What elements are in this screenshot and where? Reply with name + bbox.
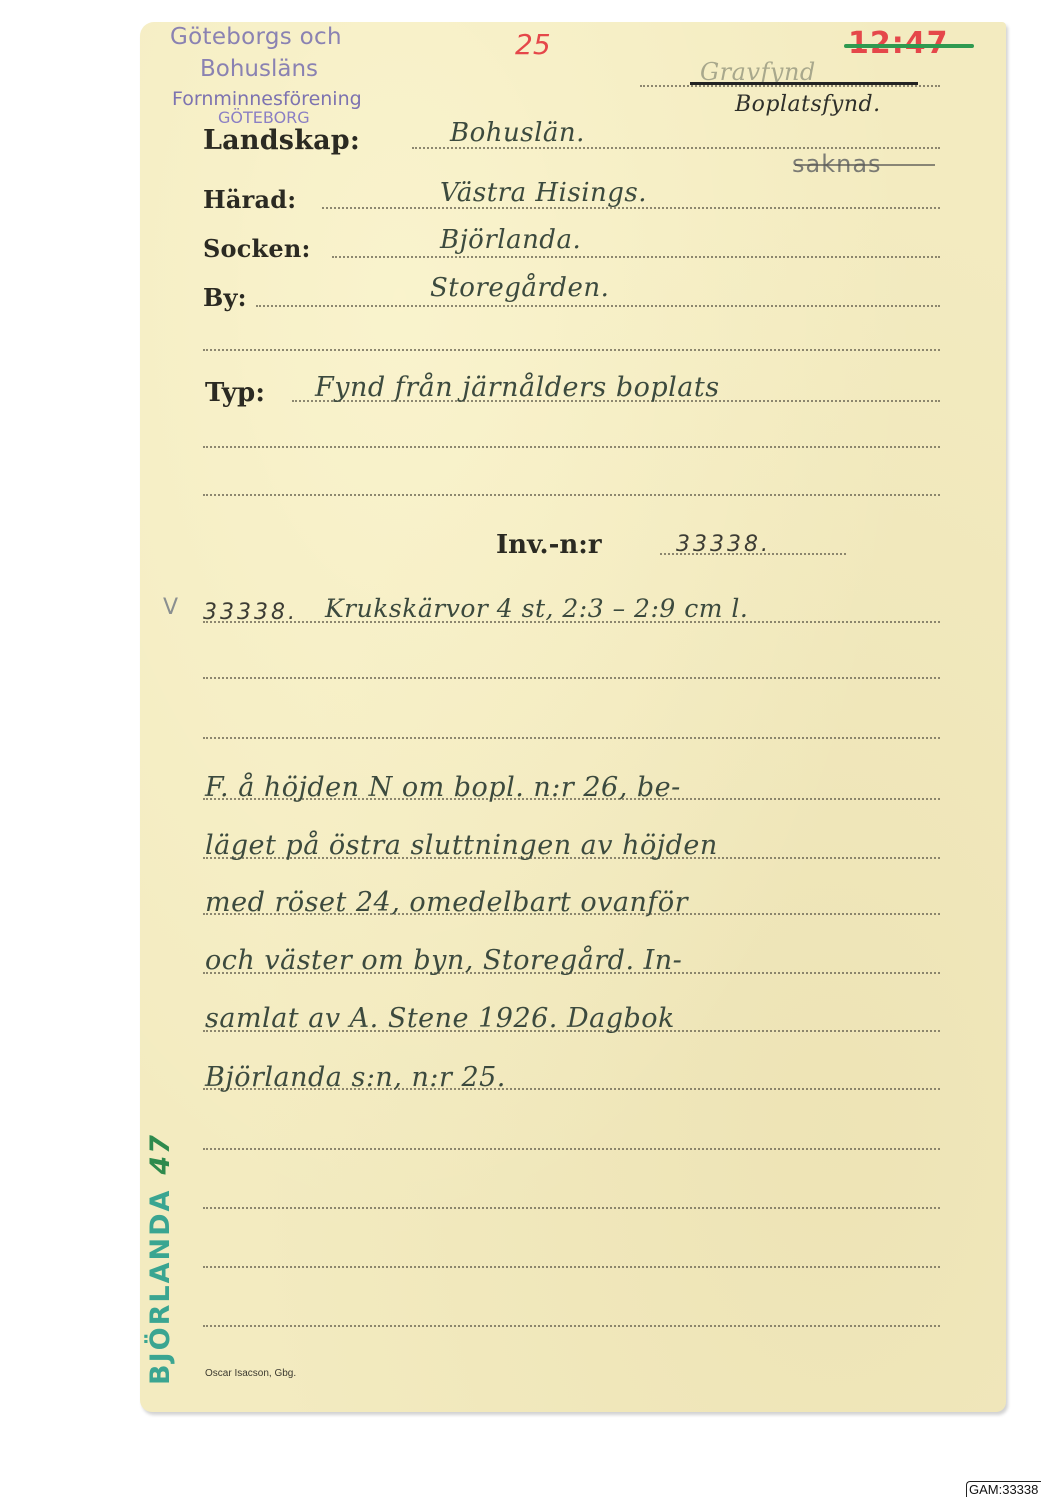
blank-dotted-line xyxy=(203,494,940,496)
note-line-3: med röset 24, omedelbart ovanför xyxy=(205,887,688,918)
side-stamp: BJÖRLANDA47 xyxy=(145,1133,176,1385)
blank-dotted-line xyxy=(203,446,940,448)
side-stamp-number: 47 xyxy=(145,1133,176,1175)
label-socken: Socken: xyxy=(203,234,311,263)
red-number-annotation: 25 xyxy=(515,28,551,61)
blank-dotted-line xyxy=(203,349,940,351)
note-line-6: Björlanda s:n, n:r 25. xyxy=(205,1062,506,1093)
label-landskap: Landskap: xyxy=(203,125,360,156)
check-mark: V xyxy=(163,595,178,620)
blank-dotted-line xyxy=(203,1325,940,1327)
blank-dotted-line xyxy=(203,737,940,739)
category-dotted-line xyxy=(640,85,940,87)
socken-dotted-line xyxy=(332,256,940,258)
item-number: 33338. xyxy=(203,600,298,625)
catalog-id-label: GAM:33338 xyxy=(966,1481,1041,1497)
institution-stamp-line1: Göteborgs och xyxy=(170,26,342,49)
institution-stamp-line4: GÖTEBORG xyxy=(218,110,310,126)
item-description: Krukskärvor 4 st, 2:3 – 2:9 cm l. xyxy=(325,594,748,623)
institution-stamp-line2: Bohusläns xyxy=(200,58,318,81)
note-line-1: F. å höjden N om bopl. n:r 26, be- xyxy=(205,772,681,803)
note-line-2: läget på östra sluttningen av höjden xyxy=(205,830,718,861)
note-line-4: och väster om byn, Storegård. In- xyxy=(205,945,682,976)
blank-dotted-line xyxy=(203,1266,940,1268)
side-stamp-text: BJÖRLANDA xyxy=(145,1189,176,1385)
blank-dotted-line xyxy=(203,1148,940,1150)
institution-stamp-line3: Fornminnesförening xyxy=(172,90,362,109)
printer-imprint: Oscar Isacson, Gbg. xyxy=(205,1368,296,1379)
blank-dotted-line xyxy=(203,677,940,679)
label-typ: Typ: xyxy=(205,378,265,408)
label-harad: Härad: xyxy=(203,185,296,214)
value-typ: Fynd från järnålders boplats xyxy=(315,372,720,403)
value-socken: Björlanda. xyxy=(440,225,581,255)
value-harad: Västra Hisings. xyxy=(440,178,647,208)
note-line-5: samlat av A. Stene 1926. Dagbok xyxy=(205,1003,675,1034)
blank-dotted-line xyxy=(203,1207,940,1209)
label-inventory-number: Inv.-n:r xyxy=(496,530,602,560)
label-by: By: xyxy=(203,283,247,312)
green-strikethrough xyxy=(844,44,974,48)
value-landskap: Bohuslän. xyxy=(450,118,585,148)
value-inventory-number: 33338. xyxy=(676,532,771,557)
category-annotation: Boplatsfynd. xyxy=(735,92,881,117)
value-by: Storegården. xyxy=(430,273,609,303)
pencil-underline xyxy=(795,164,935,166)
by-dotted-line xyxy=(256,305,940,307)
